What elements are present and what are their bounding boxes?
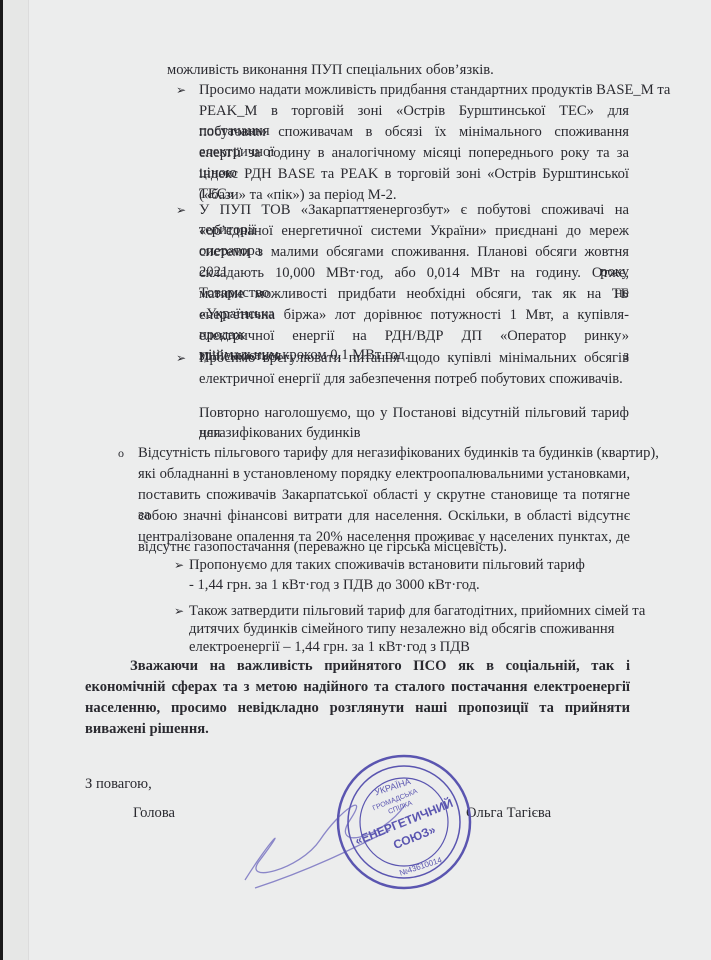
- regards-text: З повагою,: [85, 774, 152, 794]
- closing-l1: Зважаючи на важливість прийнятого ПСО як…: [130, 656, 630, 676]
- signer-name: Ольга Тагієва: [466, 803, 551, 823]
- intro-line: можливість виконання ПУП спеціальних обо…: [167, 60, 494, 80]
- c-l6: відсутнє газопостачання (переважно це гі…: [138, 537, 507, 557]
- c-l2: які обладнанні в установленому порядку е…: [138, 464, 630, 484]
- closing-l2: економічній сферах та з метою надійного …: [85, 677, 630, 697]
- closing-l4: виважені рішення.: [85, 719, 209, 739]
- bullet-arrow-icon: ➢: [176, 80, 186, 100]
- p1-l1: Пропонуємо для таких споживачів встанови…: [189, 555, 585, 575]
- c-l4: собою значні фінансові витрати для насел…: [138, 506, 630, 526]
- bullet-arrow-icon: ➢: [176, 200, 186, 220]
- b3-l1: Просимо врегулювати питання щодо купівлі…: [199, 348, 629, 368]
- bullet-arrow-icon: ➢: [174, 555, 184, 575]
- p1-l2: - 1,44 грн. за 1 кВт·год з ПДВ до 3000 к…: [189, 575, 480, 595]
- b1-l1: Просимо надати можливість придбання стан…: [199, 80, 629, 100]
- svg-text:№43610014: №43610014: [398, 855, 443, 877]
- closing-l3: населенню, просимо невідкладно розглянут…: [85, 698, 630, 718]
- letter-page: можливість виконання ПУП спеціальних обо…: [0, 0, 711, 960]
- bullet-arrow-icon: ➢: [176, 348, 186, 368]
- organization-stamp-icon: УКРАЇНА ГРОМАДСЬКА СПІЛКА «ЕНЕРГЕТИЧНИЙ …: [334, 752, 474, 892]
- p2-l1: Також затвердити пільговий тариф для баг…: [189, 601, 645, 621]
- bullet-arrow-icon: ➢: [174, 601, 184, 621]
- c-l1: Відсутність пільгового тарифу для негази…: [138, 443, 630, 463]
- b3-l2: електричної енергії для забезпечення пот…: [199, 369, 623, 389]
- circle-bullet-icon: o: [118, 443, 124, 463]
- position-text: Голова: [133, 803, 175, 823]
- repeat-l2: негазифікованих будинків: [199, 423, 361, 443]
- p2-l3: електроенергії – 1,44 грн. за 1 кВт·год …: [189, 637, 470, 657]
- p2-l2: дитячих будинків сімейного типу незалежн…: [189, 619, 614, 639]
